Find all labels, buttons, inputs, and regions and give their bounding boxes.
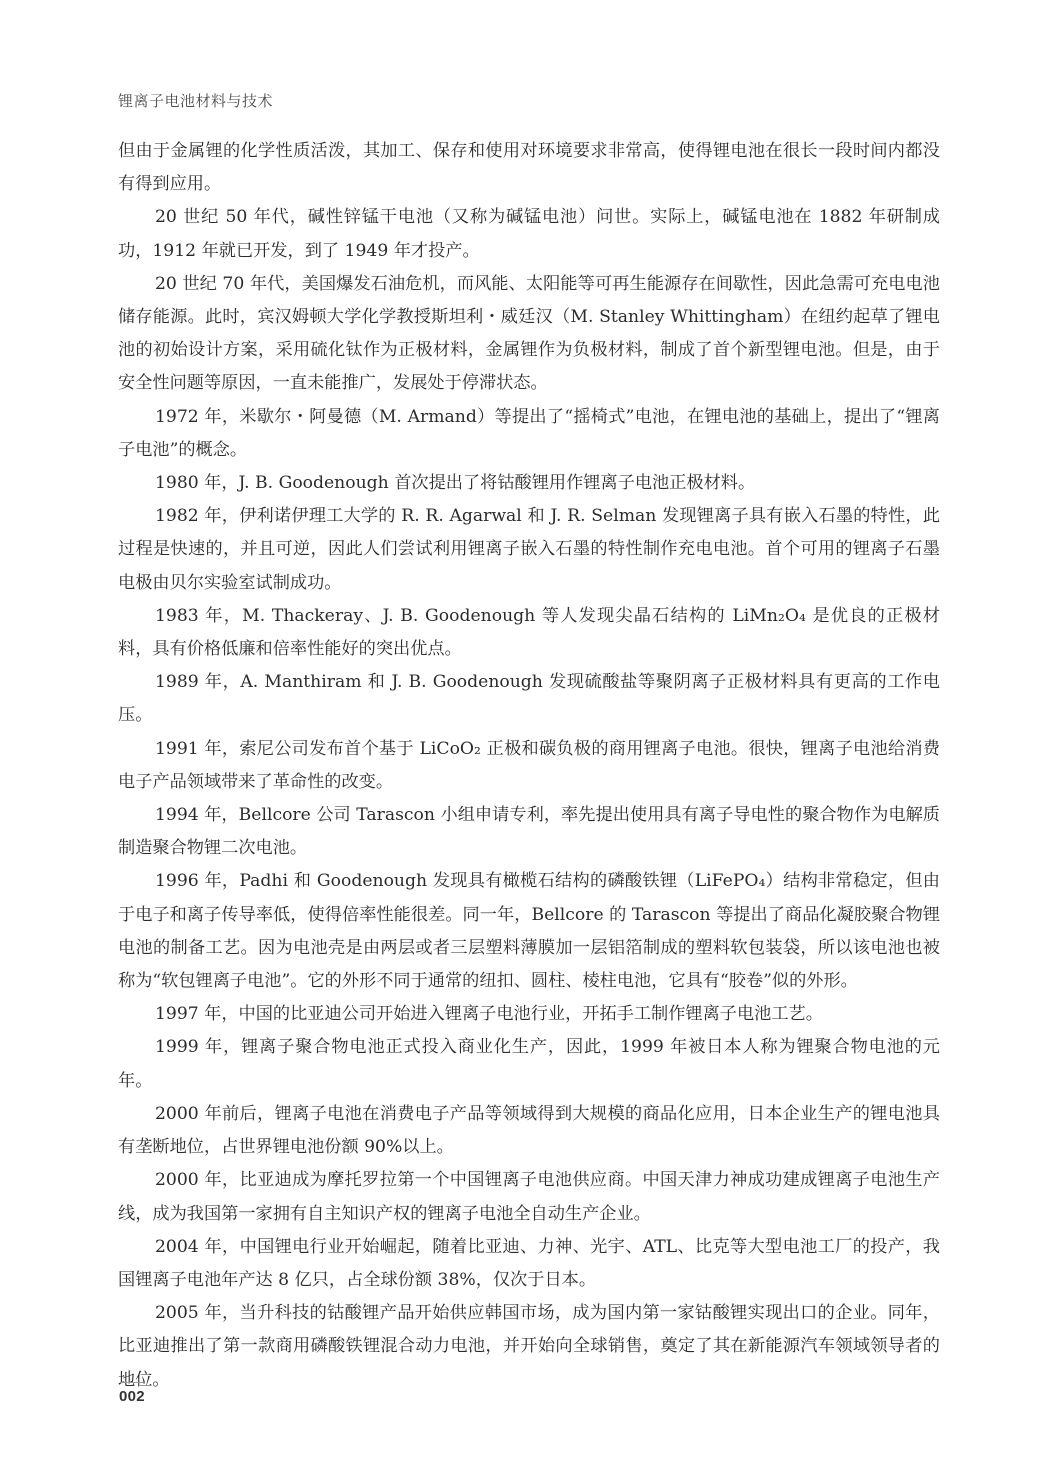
footer-rule [120, 1382, 143, 1383]
paragraph-1997-byd: 1997 年，中国的比亚迪公司开始进入锂离子电池行业，开拓手工制作锂离子电池工艺… [118, 998, 940, 1031]
paragraph-1996-lifepo4: 1996 年，Padhi 和 Goodenough 发现具有橄榄石结构的磷酸铁锂… [118, 865, 940, 998]
page-number: 002 [119, 1388, 145, 1405]
paragraph-1983-spinel: 1983 年，M. Thackeray、J. B. Goodenough 等人发… [118, 600, 940, 666]
paragraph-1999-polymer: 1999 年，锂离子聚合物电池正式投入商业化生产，因此，1999 年被日本人称为… [118, 1031, 940, 1097]
paragraph-1994-bellcore: 1994 年，Bellcore 公司 Tarascon 小组申请专利，率先提出使… [118, 799, 940, 865]
paragraph-1972-armand: 1972 年，米歇尔・阿曼德（M. Armand）等提出了“摇椅式”电池，在锂电… [118, 401, 940, 467]
paragraph-2000-japan: 2000 年前后，锂离子电池在消费电子产品等领域得到大规模的商品化应用，日本企业… [118, 1098, 940, 1164]
paragraph-1950s-alkaline: 20 世纪 50 年代，碱性锌锰干电池（又称为碱锰电池）问世。实际上，碱锰电池在… [118, 201, 940, 267]
running-header: 锂离子电池材料与技术 [118, 90, 273, 111]
paragraph-1970s-whittingham: 20 世纪 70 年代，美国爆发石油危机，而风能、太阳能等可再生能源存在间歇性，… [118, 268, 940, 401]
paragraph-1982-graphite: 1982 年，伊利诺伊理工大学的 R. R. Agarwal 和 J. R. S… [118, 500, 940, 600]
paragraph-2000-byd-lishen: 2000 年，比亚迪成为摩托罗拉第一个中国锂离子电池供应商。中国天津力神成功建成… [118, 1164, 940, 1230]
paragraph-2004-china: 2004 年，中国锂电行业开始崛起，随着比亚迪、力神、光宇、ATL、比克等大型电… [118, 1231, 940, 1297]
paragraph-1989-polyanion: 1989 年，A. Manthiram 和 J. B. Goodenough 发… [118, 666, 940, 732]
paragraph-2005-easpring: 2005 年，当升科技的钴酸锂产品开始供应韩国市场，成为国内第一家钴酸锂实现出口… [118, 1297, 940, 1397]
paragraph-continuation: 但由于金属锂的化学性质活泼，其加工、保存和使用对环境要求非常高，使得锂电池在很长… [118, 135, 940, 201]
paragraph-1980-goodenough: 1980 年，J. B. Goodenough 首次提出了将钴酸锂用作锂离子电池… [118, 467, 940, 500]
paragraph-1991-sony: 1991 年，索尼公司发布首个基于 LiCoO₂ 正极和碳负极的商用锂离子电池。… [118, 733, 940, 799]
body-text: 但由于金属锂的化学性质活泼，其加工、保存和使用对环境要求非常高，使得锂电池在很长… [118, 135, 940, 1397]
